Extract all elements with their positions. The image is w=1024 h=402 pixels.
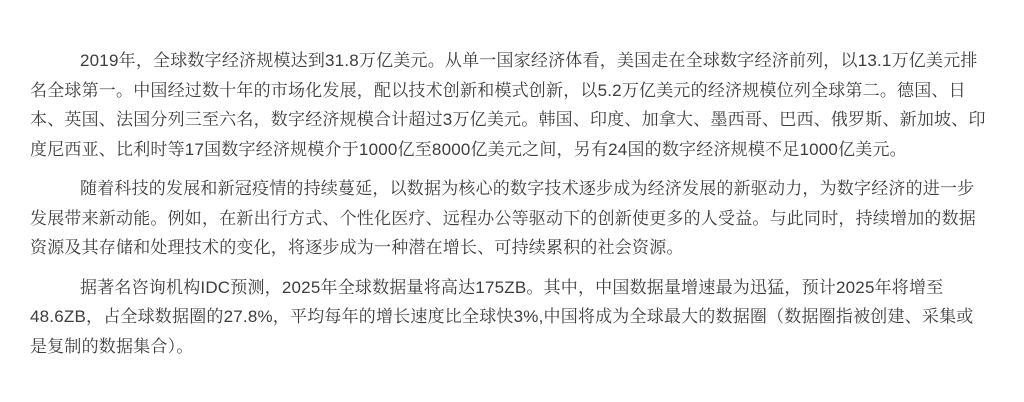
paragraph-digital-economy-scale: 2019年，全球数字经济规模达到31.8万亿美元。从单一国家经济体看，美国走在全… [30, 46, 990, 164]
document-page: { "colors": { "background": "#ffffff", "… [0, 0, 1024, 402]
article-body: 2019年，全球数字经济规模达到31.8万亿美元。从单一国家经济体看，美国走在全… [0, 0, 992, 361]
paragraph-idc-forecast: 据著名咨询机构IDC预测，2025年全球数据量将高达175ZB。其中，中国数据量… [30, 273, 990, 362]
paragraph-data-driven-growth: 随着科技的发展和新冠疫情的持续蔓延，以数据为核心的数字技术逐步成为经济发展的新驱… [30, 174, 990, 263]
